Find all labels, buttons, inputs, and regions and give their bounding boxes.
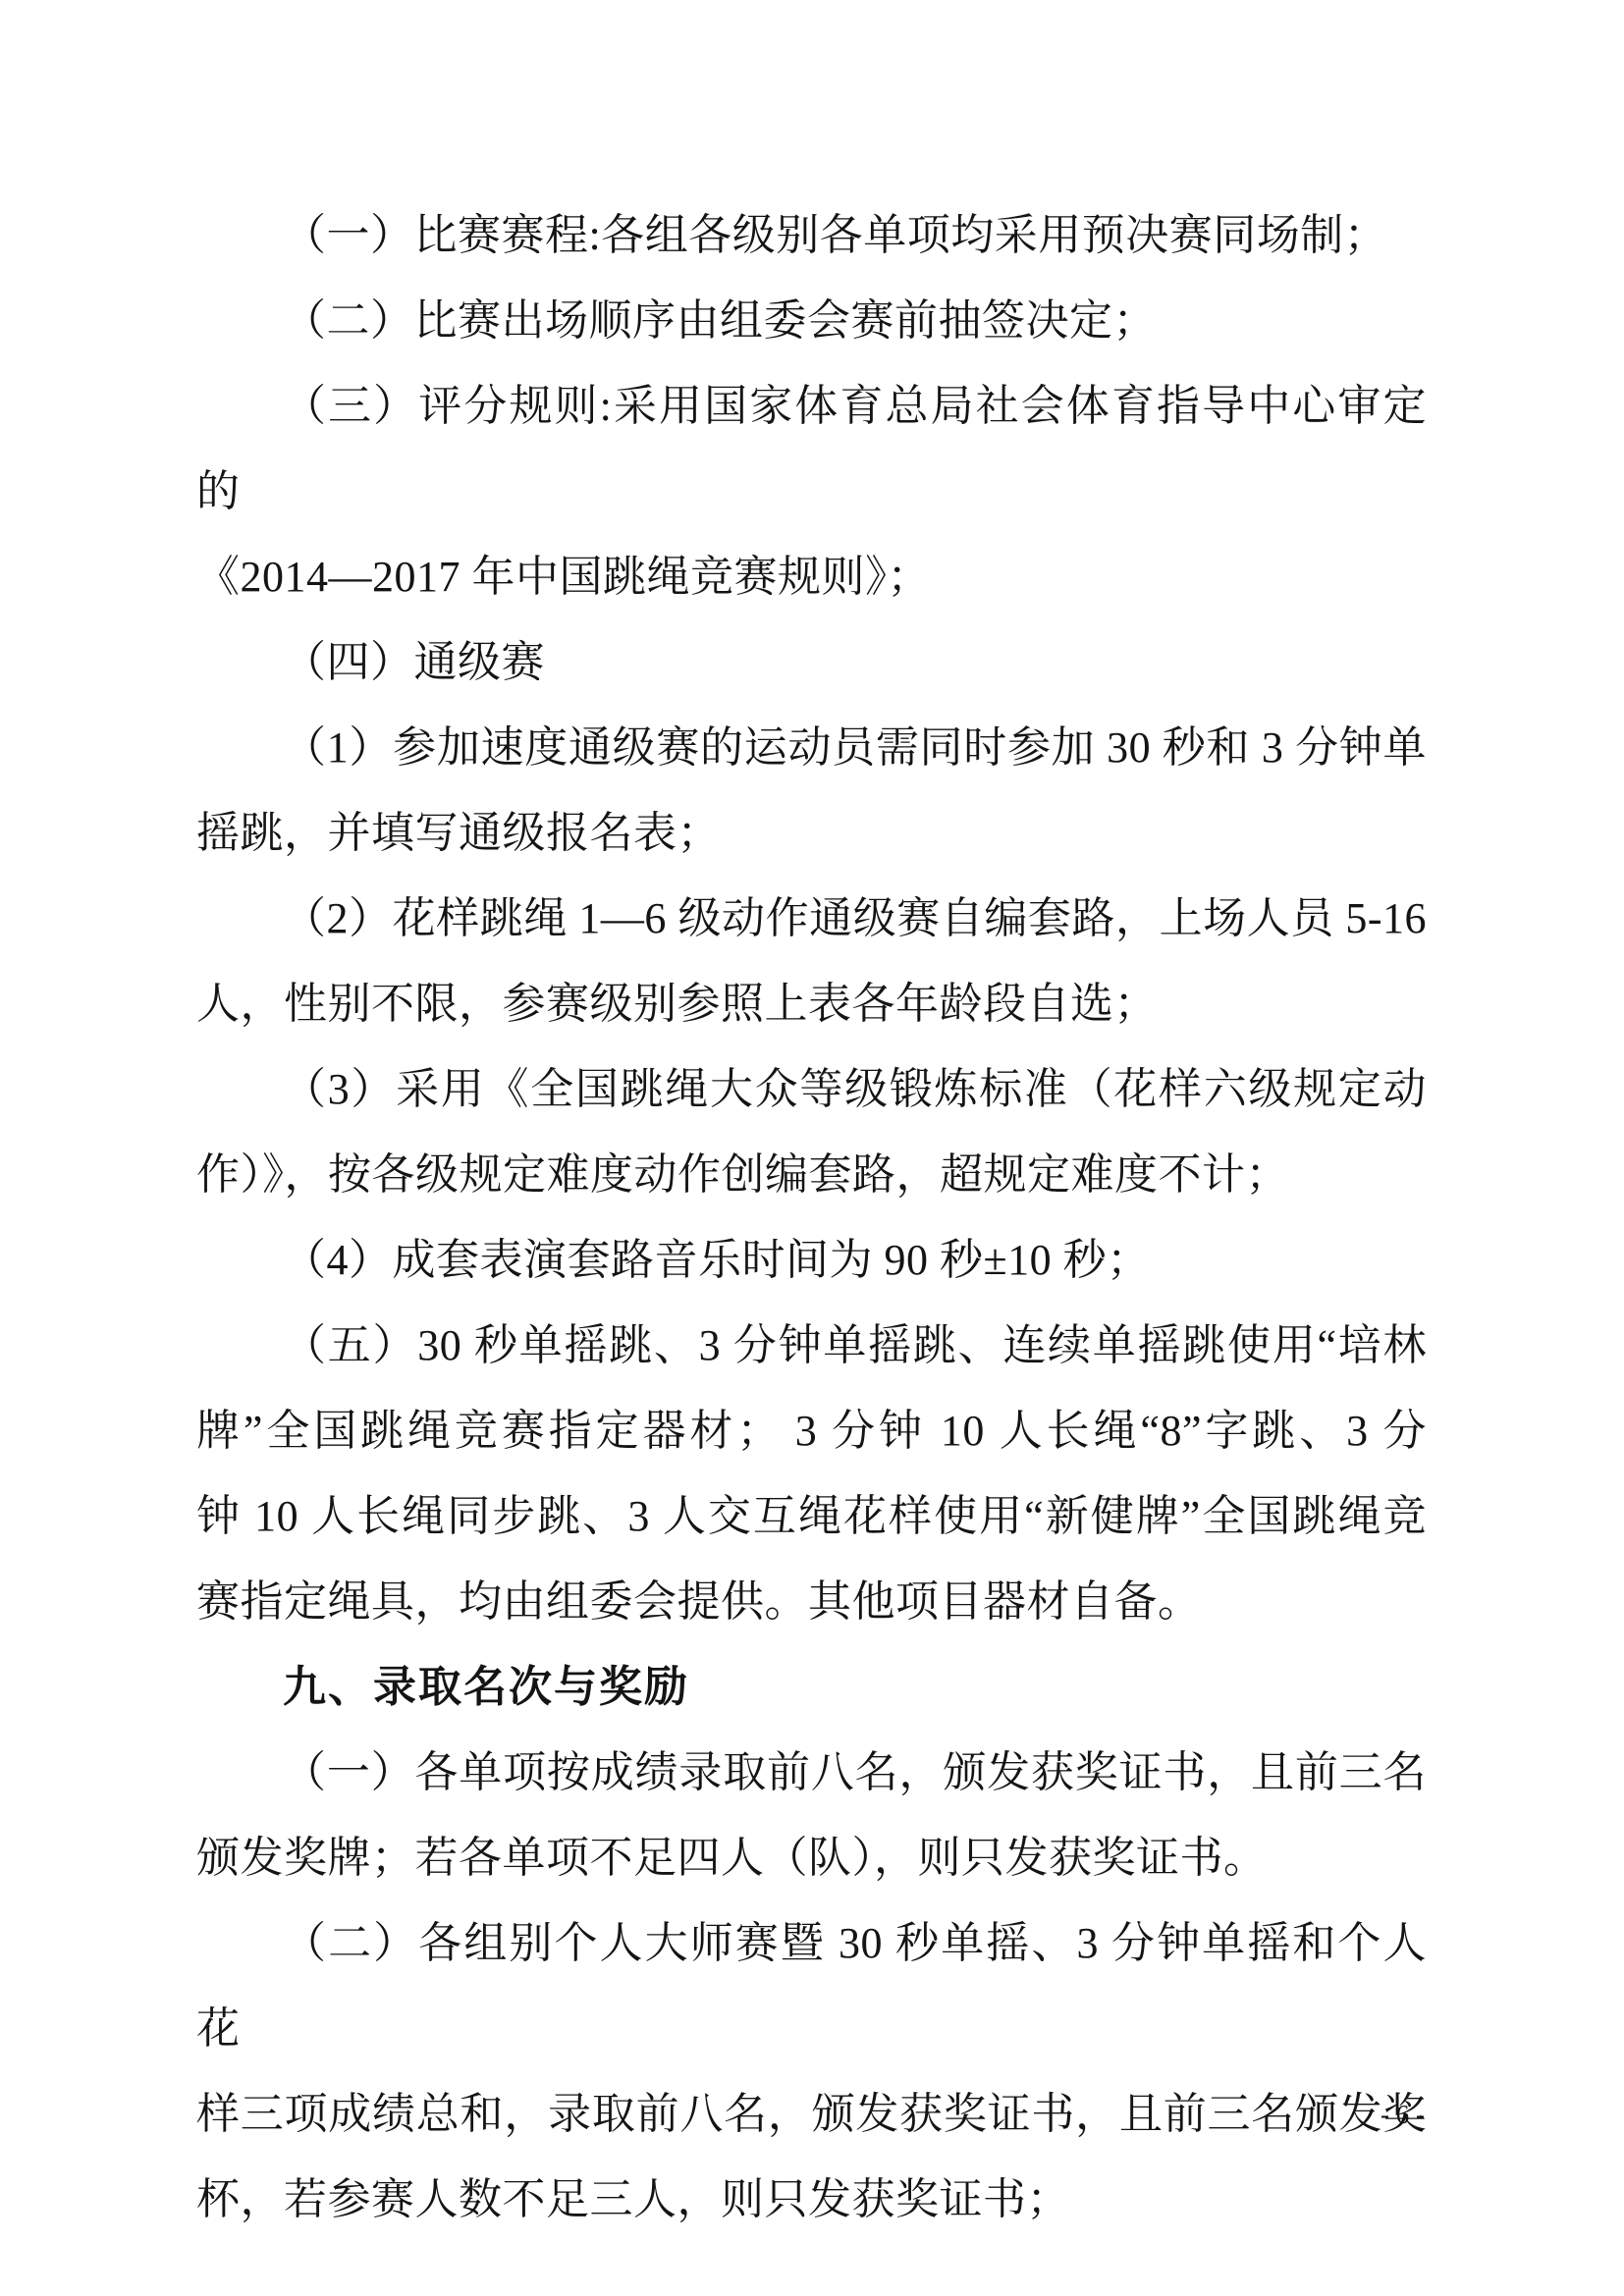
text-line: （一）比赛赛程:各组各级别各单项均采用预决赛同场制； xyxy=(196,192,1427,278)
paragraph: （二）各组别个人大师赛暨 30 秒单摇、3 分钟单摇和个人花样三项成绩总和，录取… xyxy=(196,1900,1427,2242)
text-line: （4）成套表演套路音乐时间为 90 秒±10 秒； xyxy=(196,1217,1427,1303)
text-line: 人，性别不限，参赛级别参照上表各年龄段自选； xyxy=(196,961,1427,1046)
text-line: 摇跳，并填写通级报名表； xyxy=(196,790,1427,876)
paragraph: （2）花样跳绳 1—6 级动作通级赛自编套路，上场人员 5-16人，性别不限，参… xyxy=(196,876,1427,1046)
text-line: 杯，若参赛人数不足三人，则只发获奖证书； xyxy=(196,2157,1427,2242)
paragraph: （二）比赛出场顺序由组委会赛前抽签决定； xyxy=(196,278,1427,363)
text-line: 样三项成绩总和，录取前八名，颁发获奖证书，且前三名颁发奖 xyxy=(196,2071,1427,2157)
text-line: （三）评分规则:采用国家体育总局社会体育指导中心审定的 xyxy=(196,363,1427,534)
text-line: （1）参加速度通级赛的运动员需同时参加 30 秒和 3 分钟单 xyxy=(196,705,1427,790)
text-line: 《2014—2017 年中国跳绳竞赛规则》； xyxy=(196,534,1427,619)
text-line: （二）各组别个人大师赛暨 30 秒单摇、3 分钟单摇和个人花 xyxy=(196,1900,1427,2071)
text-line: 牌”全国跳绳竞赛指定器材； 3 分钟 10 人长绳“8”字跳、3 分 xyxy=(196,1388,1427,1473)
page-number: - 6 - xyxy=(1380,2099,1425,2130)
text-line: （二）比赛出场顺序由组委会赛前抽签决定； xyxy=(196,278,1427,363)
paragraph: （一）各单项按成绩录取前八名，颁发获奖证书，且前三名颁发奖牌；若各单项不足四人（… xyxy=(196,1730,1427,1900)
text-line: 作）》，按各级规定难度动作创编套路，超规定难度不计； xyxy=(196,1132,1427,1217)
text-line: 颁发奖牌；若各单项不足四人（队），则只发获奖证书。 xyxy=(196,1815,1427,1900)
text-line: （一）各单项按成绩录取前八名，颁发获奖证书，且前三名 xyxy=(196,1730,1427,1815)
text-line: 赛指定绳具，均由组委会提供。其他项目器材自备。 xyxy=(196,1559,1427,1644)
text-line: 钟 10 人长绳同步跳、3 人交互绳花样使用“新健牌”全国跳绳竞 xyxy=(196,1473,1427,1559)
document-body: （一）比赛赛程:各组各级别各单项均采用预决赛同场制；（二）比赛出场顺序由组委会赛… xyxy=(196,192,1427,2242)
text-line: （3）采用《全国跳绳大众等级锻炼标准（花样六级规定动 xyxy=(196,1046,1427,1132)
text-line: （五）30 秒单摇跳、3 分钟单摇跳、连续单摇跳使用“培林 xyxy=(196,1303,1427,1388)
paragraph: （五）30 秒单摇跳、3 分钟单摇跳、连续单摇跳使用“培林牌”全国跳绳竞赛指定器… xyxy=(196,1303,1427,1644)
section-heading: 九、录取名次与奖励 xyxy=(196,1644,1427,1730)
text-line: 九、录取名次与奖励 xyxy=(196,1644,1427,1730)
paragraph: （4）成套表演套路音乐时间为 90 秒±10 秒； xyxy=(196,1217,1427,1303)
paragraph: （三）评分规则:采用国家体育总局社会体育指导中心审定的《2014—2017 年中… xyxy=(196,363,1427,619)
paragraph: （四）通级赛 xyxy=(196,619,1427,705)
document-page: （一）比赛赛程:各组各级别各单项均采用预决赛同场制；（二）比赛出场顺序由组委会赛… xyxy=(0,0,1624,2296)
paragraph: （1）参加速度通级赛的运动员需同时参加 30 秒和 3 分钟单摇跳，并填写通级报… xyxy=(196,705,1427,876)
paragraph: （3）采用《全国跳绳大众等级锻炼标准（花样六级规定动作）》，按各级规定难度动作创… xyxy=(196,1046,1427,1217)
text-line: （四）通级赛 xyxy=(196,619,1427,705)
paragraph: （一）比赛赛程:各组各级别各单项均采用预决赛同场制； xyxy=(196,192,1427,278)
text-line: （2）花样跳绳 1—6 级动作通级赛自编套路，上场人员 5-16 xyxy=(196,876,1427,961)
